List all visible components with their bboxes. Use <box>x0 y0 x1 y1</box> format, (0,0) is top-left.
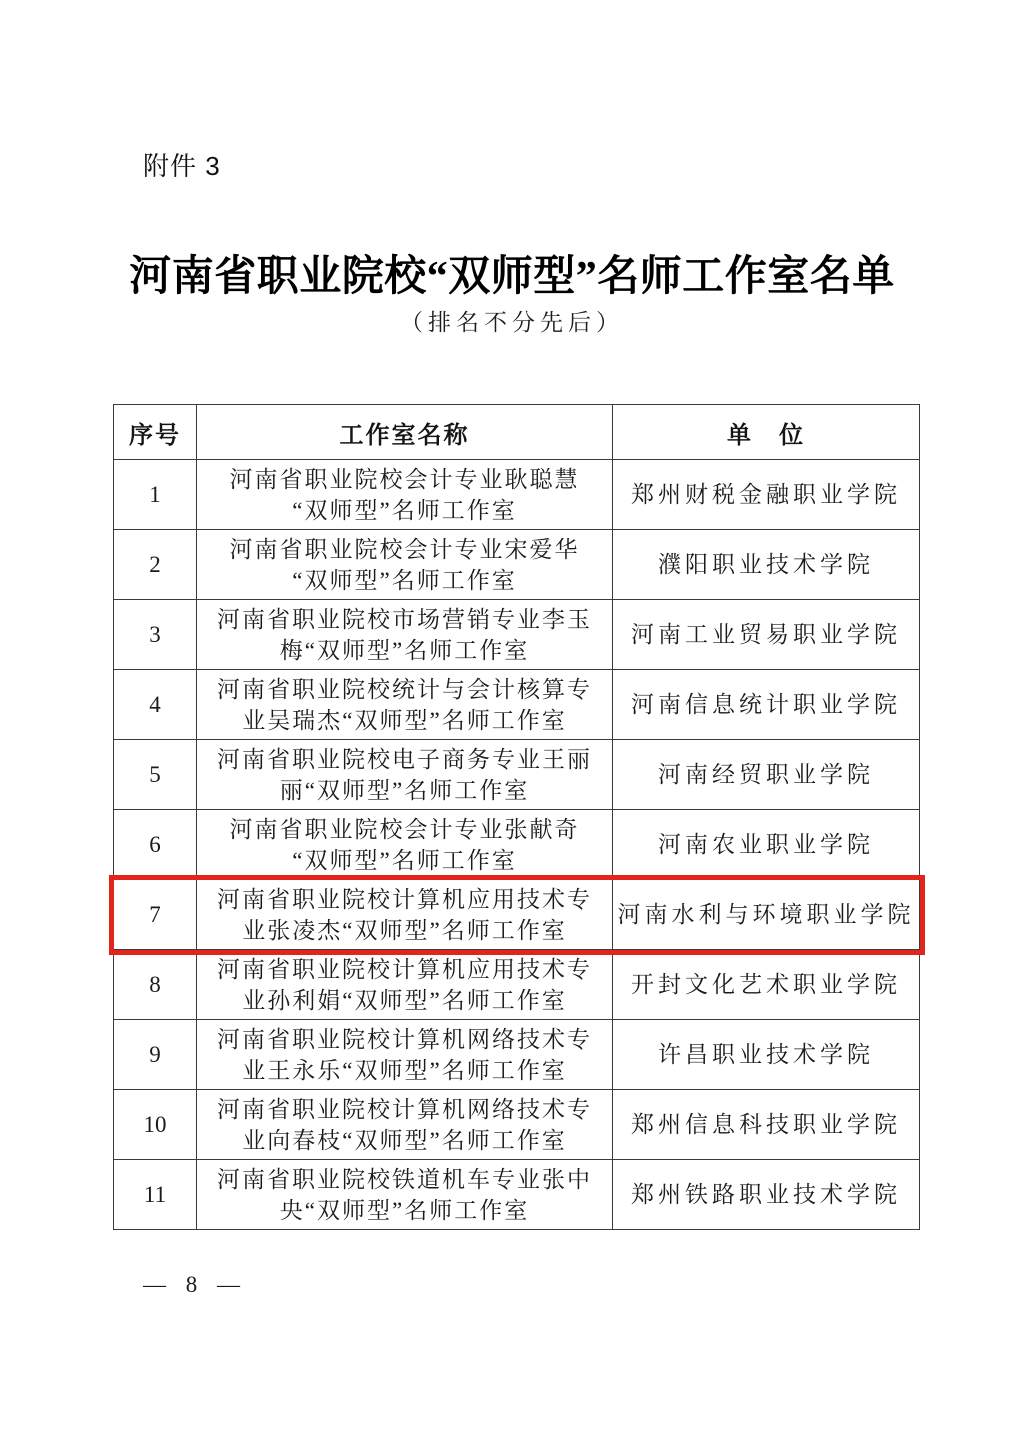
row-index-cell: 1 <box>114 460 197 530</box>
table-row: 2河南省职业院校会计专业宋爱华 “双师型”名师工作室濮阳职业技术学院 <box>114 530 920 600</box>
unit-cell: 郑州铁路职业技术学院 <box>613 1160 920 1230</box>
table-row: 10河南省职业院校计算机网络技术专 业向春枝“双师型”名师工作室郑州信息科技职业… <box>114 1090 920 1160</box>
row-index-cell: 2 <box>114 530 197 600</box>
row-index-cell: 3 <box>114 600 197 670</box>
table-container: 序号 工作室名称 单 位 1河南省职业院校会计专业耿聪慧 “双师型”名师工作室郑… <box>113 404 919 1230</box>
unit-cell: 河南水利与环境职业学院 <box>613 880 920 950</box>
table-row: 1河南省职业院校会计专业耿聪慧 “双师型”名师工作室郑州财税金融职业学院 <box>114 460 920 530</box>
table-row: 6河南省职业院校会计专业张献奇 “双师型”名师工作室河南农业职业学院 <box>114 810 920 880</box>
row-index-cell: 10 <box>114 1090 197 1160</box>
workshop-name-cell: 河南省职业院校市场营销专业李玉 梅“双师型”名师工作室 <box>197 600 613 670</box>
table-row: 8河南省职业院校计算机应用技术专 业孙利娟“双师型”名师工作室开封文化艺术职业学… <box>114 950 920 1020</box>
workshop-name-cell: 河南省职业院校计算机网络技术专 业王永乐“双师型”名师工作室 <box>197 1020 613 1090</box>
workshop-table: 序号 工作室名称 单 位 1河南省职业院校会计专业耿聪慧 “双师型”名师工作室郑… <box>113 404 920 1230</box>
table-row-highlighted: 7河南省职业院校计算机应用技术专 业张凌杰“双师型”名师工作室河南水利与环境职业… <box>114 880 920 950</box>
unit-cell: 郑州信息科技职业学院 <box>613 1090 920 1160</box>
row-index-cell: 11 <box>114 1160 197 1230</box>
header-unit: 单 位 <box>613 405 920 460</box>
header-index: 序号 <box>114 405 197 460</box>
workshop-name-cell: 河南省职业院校铁道机车专业张中 央“双师型”名师工作室 <box>197 1160 613 1230</box>
row-index-cell: 4 <box>114 670 197 740</box>
attachment-label: 附件 3 <box>143 146 221 183</box>
table-row: 11河南省职业院校铁道机车专业张中 央“双师型”名师工作室郑州铁路职业技术学院 <box>114 1160 920 1230</box>
workshop-name-cell: 河南省职业院校会计专业宋爱华 “双师型”名师工作室 <box>197 530 613 600</box>
unit-cell: 河南经贸职业学院 <box>613 740 920 810</box>
unit-cell: 河南工业贸易职业学院 <box>613 600 920 670</box>
table-row: 5河南省职业院校电子商务专业王丽 丽“双师型”名师工作室河南经贸职业学院 <box>114 740 920 810</box>
row-index-cell: 7 <box>114 880 197 950</box>
row-index-cell: 8 <box>114 950 197 1020</box>
page-number: — 8 — <box>143 1272 247 1298</box>
page-subtitle: （排名不分先后） <box>0 304 1024 337</box>
row-index-cell: 6 <box>114 810 197 880</box>
workshop-name-cell: 河南省职业院校计算机应用技术专 业张凌杰“双师型”名师工作室 <box>197 880 613 950</box>
table-row: 4河南省职业院校统计与会计核算专 业吴瑞杰“双师型”名师工作室河南信息统计职业学… <box>114 670 920 740</box>
header-workshop-name: 工作室名称 <box>197 405 613 460</box>
page-title: 河南省职业院校“双师型”名师工作室名单 <box>0 243 1024 303</box>
table-row: 9河南省职业院校计算机网络技术专 业王永乐“双师型”名师工作室许昌职业技术学院 <box>114 1020 920 1090</box>
workshop-name-cell: 河南省职业院校计算机应用技术专 业孙利娟“双师型”名师工作室 <box>197 950 613 1020</box>
unit-cell: 河南农业职业学院 <box>613 810 920 880</box>
unit-cell: 许昌职业技术学院 <box>613 1020 920 1090</box>
workshop-name-cell: 河南省职业院校统计与会计核算专 业吴瑞杰“双师型”名师工作室 <box>197 670 613 740</box>
row-index-cell: 5 <box>114 740 197 810</box>
unit-cell: 河南信息统计职业学院 <box>613 670 920 740</box>
row-index-cell: 9 <box>114 1020 197 1090</box>
workshop-name-cell: 河南省职业院校电子商务专业王丽 丽“双师型”名师工作室 <box>197 740 613 810</box>
workshop-name-cell: 河南省职业院校会计专业耿聪慧 “双师型”名师工作室 <box>197 460 613 530</box>
unit-cell: 濮阳职业技术学院 <box>613 530 920 600</box>
unit-cell: 开封文化艺术职业学院 <box>613 950 920 1020</box>
table-body: 1河南省职业院校会计专业耿聪慧 “双师型”名师工作室郑州财税金融职业学院2河南省… <box>114 460 920 1230</box>
table-row: 3河南省职业院校市场营销专业李玉 梅“双师型”名师工作室河南工业贸易职业学院 <box>114 600 920 670</box>
table-header-row: 序号 工作室名称 单 位 <box>114 405 920 460</box>
unit-cell: 郑州财税金融职业学院 <box>613 460 920 530</box>
workshop-name-cell: 河南省职业院校会计专业张献奇 “双师型”名师工作室 <box>197 810 613 880</box>
document-page: 附件 3 河南省职业院校“双师型”名师工作室名单 （排名不分先后） 序号 工作室… <box>0 0 1024 1448</box>
workshop-name-cell: 河南省职业院校计算机网络技术专 业向春枝“双师型”名师工作室 <box>197 1090 613 1160</box>
